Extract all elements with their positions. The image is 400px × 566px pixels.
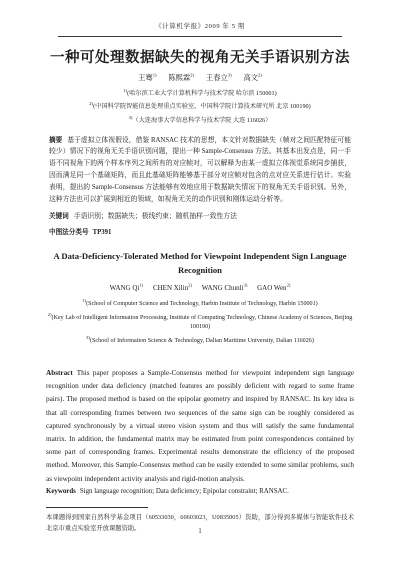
author-chinese: 王春立3) <box>206 73 232 82</box>
author-english: GAO Wen2) <box>257 284 290 292</box>
affiliation-line: 1)(哈尔滨工业大学计算机科学与技术学院 哈尔滨 150001) <box>0 86 400 99</box>
author-english: WANG Chunli3) <box>202 284 248 292</box>
abstract-chinese: 摘要基于虚拟立体视假设，借鉴 RANSAC 技术的思想，本文针对数据缺失（帧对之… <box>49 135 351 206</box>
abstract-text-english: This paper proposes a Sample-Consensus m… <box>46 369 354 483</box>
clc-label: 中图法分类号 <box>49 228 89 236</box>
affiliation-line: 3)(School of Information Science & Techn… <box>44 333 356 347</box>
author-affiliation-mark: 3) <box>228 73 232 78</box>
author-affiliation-mark: 2) <box>258 73 262 78</box>
keywords-text-english: Sign language recognition; Data deficien… <box>80 488 289 495</box>
abstract-label-chinese: 摘要 <box>49 136 62 144</box>
clc-value: TP391 <box>93 229 112 236</box>
journal-header: 《计算机学报》2009 年 5 期 <box>0 0 400 30</box>
author-affiliation-mark: 2) <box>190 73 194 78</box>
footnote-rule <box>46 507 148 508</box>
author-english: CHEN Xilin2) <box>153 284 192 292</box>
paper-title-english: A Data-Deficiency-Tolerated Method for V… <box>40 250 360 277</box>
authors-english: WANG Qi1) CHEN Xilin2) WANG Chunli3) GAO… <box>0 282 400 291</box>
author-affiliation-mark: 3) <box>244 282 248 287</box>
author-affiliation-mark: 1) <box>139 282 143 287</box>
keywords-text-chinese: 手语识别；数据缺失；极线约束；随机抽样一致性方法 <box>74 213 237 220</box>
paper-page: 《计算机学报》2009 年 5 期 一种可处理数据缺失的视角无关手语识别方法 王… <box>0 0 400 566</box>
paper-title-english-line1: A Data-Deficiency-Tolerated Method for V… <box>40 250 360 264</box>
affiliation-line: 1)(School of Computer Science and Techno… <box>44 296 356 310</box>
author-chinese: 高文2) <box>243 73 261 82</box>
header-rule <box>58 36 342 37</box>
affiliation-line: 2)(Key Lab of Intelligent Information Pr… <box>44 310 356 334</box>
affiliations-english: 1)(School of Computer Science and Techno… <box>44 296 356 347</box>
page-number: 1 <box>0 527 400 535</box>
keywords-english: KeywordsSign language recognition; Data … <box>46 488 354 495</box>
abstract-english: AbstractThis paper proposes a Sample-Con… <box>46 367 354 486</box>
affiliation-line: 3)（大连海事大学信息科学与技术学院 大连 116026） <box>0 113 400 126</box>
affiliations-chinese: 1)(哈尔滨工业大学计算机科学与技术学院 哈尔滨 150001) 2)(中国科学… <box>0 86 400 125</box>
author-affiliation-mark: 2) <box>188 282 192 287</box>
authors-chinese: 王骞1) 陈熙霖2) 王春立3) 高文2) <box>0 73 400 83</box>
author-chinese: 陈熙霖2) <box>168 73 194 82</box>
author-english: WANG Qi1) <box>110 284 144 292</box>
author-affiliation-mark: 2) <box>287 282 291 287</box>
abstract-text-chinese: 基于虚拟立体视假设，借鉴 RANSAC 技术的思想，本文针对数据缺失（帧对之间匹… <box>49 137 351 203</box>
keywords-label-chinese: 关键词 <box>49 212 69 220</box>
author-chinese: 王骞1) <box>138 73 156 82</box>
keywords-chinese: 关键词手语识别；数据缺失；极线约束；随机抽样一致性方法 <box>49 210 351 220</box>
paper-title-chinese: 一种可处理数据缺失的视角无关手语识别方法 <box>0 46 400 67</box>
affiliation-line: 2)(中国科学院智能信息处理重点实验室，中国科学院计算技术研究所 北京 1001… <box>0 99 400 112</box>
keywords-label-english: Keywords <box>46 488 76 495</box>
author-affiliation-mark: 1) <box>153 73 157 78</box>
abstract-label-english: Abstract <box>46 369 73 377</box>
paper-title-english-line2: Recognition <box>40 264 360 278</box>
clc-line: 中图法分类号TP391 <box>49 226 351 236</box>
